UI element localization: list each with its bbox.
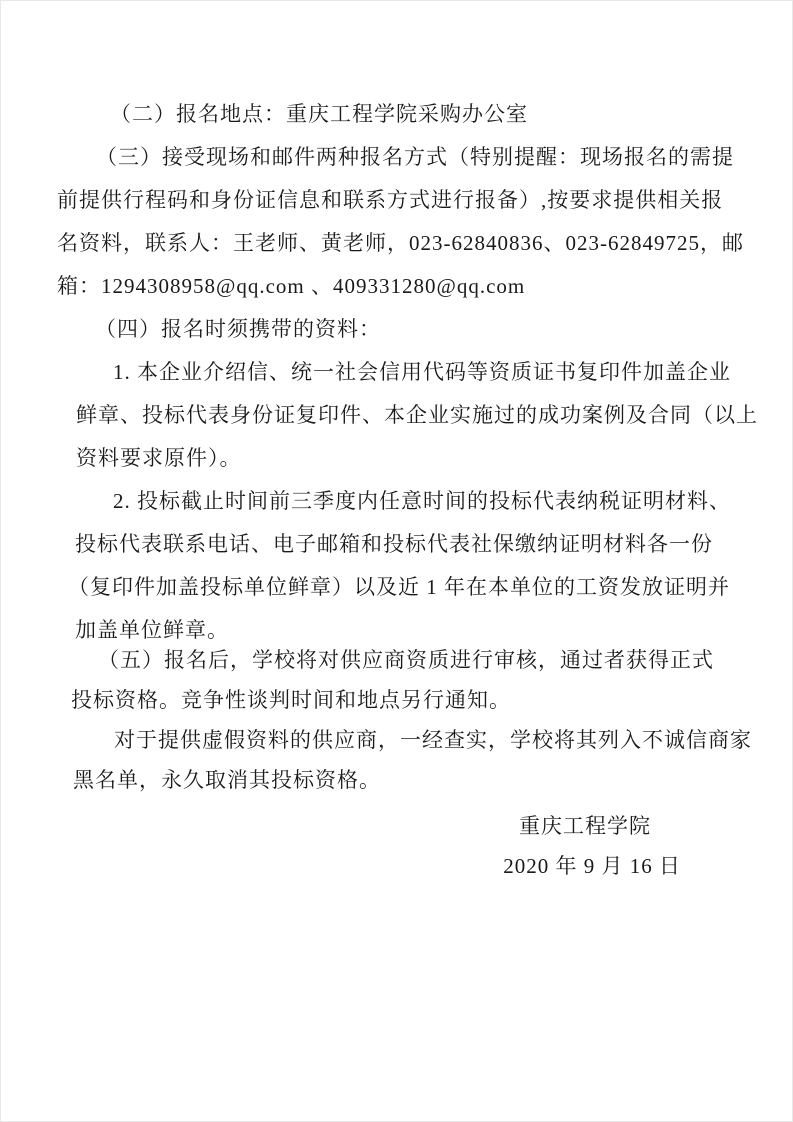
doc-line-material-1a: 1. 本企业介绍信、统一社会信用代码等资质证书复印件加盖企业 xyxy=(57,351,756,394)
document-page: （二）报名地点：重庆工程学院采购办公室 （三）接受现场和邮件两种报名方式（特别提… xyxy=(0,0,793,1122)
doc-line-material-1c: 资料要求原件）。 xyxy=(57,437,756,480)
document-final-section: （五）报名后，学校将对供应商资质进行审核，通过者获得正式 投标资格。竞争性谈判时… xyxy=(57,640,756,800)
document-body: （二）报名地点：重庆工程学院采购办公室 （三）接受现场和邮件两种报名方式（特别提… xyxy=(1,1,792,886)
doc-line-material-2b: 投标代表联系电话、电子邮箱和投标代表社保缴纳证明材料各一份 xyxy=(57,523,756,566)
doc-line-registration-emails: 箱：1294308958@qq.com 、409331280@qq.com xyxy=(57,265,756,308)
doc-line-review-1: （五）报名后，学校将对供应商资质进行审核，通过者获得正式 xyxy=(57,640,756,680)
doc-line-material-2c: （复印件加盖投标单位鲜章）以及近 1 年在本单位的工资发放证明并 xyxy=(57,566,756,609)
doc-line-registration-contacts: 名资料，联系人：王老师、黄老师，023-62840836、023-6284972… xyxy=(57,222,756,265)
doc-line-blacklist-1: 对于提供虚假资料的供应商，一经查实，学校将其列入不诚信商家 xyxy=(57,720,756,760)
doc-line-material-2a: 2. 投标截止时间前三季度内任意时间的投标代表纳税证明材料、 xyxy=(57,480,756,523)
doc-line-registration-method-2: 前提供行程码和身份证信息和联系方式进行报备）,按要求提供相关报 xyxy=(57,179,756,222)
signature-organization: 重庆工程学院 xyxy=(57,806,756,846)
doc-line-material-1b: 鲜章、投标代表身份证复印件、本企业实施过的成功案例及合同（以上 xyxy=(57,394,756,437)
doc-line-materials-heading: （四）报名时须携带的资料： xyxy=(57,308,756,351)
doc-line-registration-method-1: （三）接受现场和邮件两种报名方式（特别提醒：现场报名的需提 xyxy=(57,136,756,179)
doc-line-review-2: 投标资格。竞争性谈判时间和地点另行通知。 xyxy=(57,680,756,720)
doc-line-blacklist-2: 黑名单，永久取消其投标资格。 xyxy=(57,760,756,800)
signature-date: 2020 年 9 月 16 日 xyxy=(57,846,756,886)
doc-line-registration-location: （二）报名地点：重庆工程学院采购办公室 xyxy=(57,93,756,136)
